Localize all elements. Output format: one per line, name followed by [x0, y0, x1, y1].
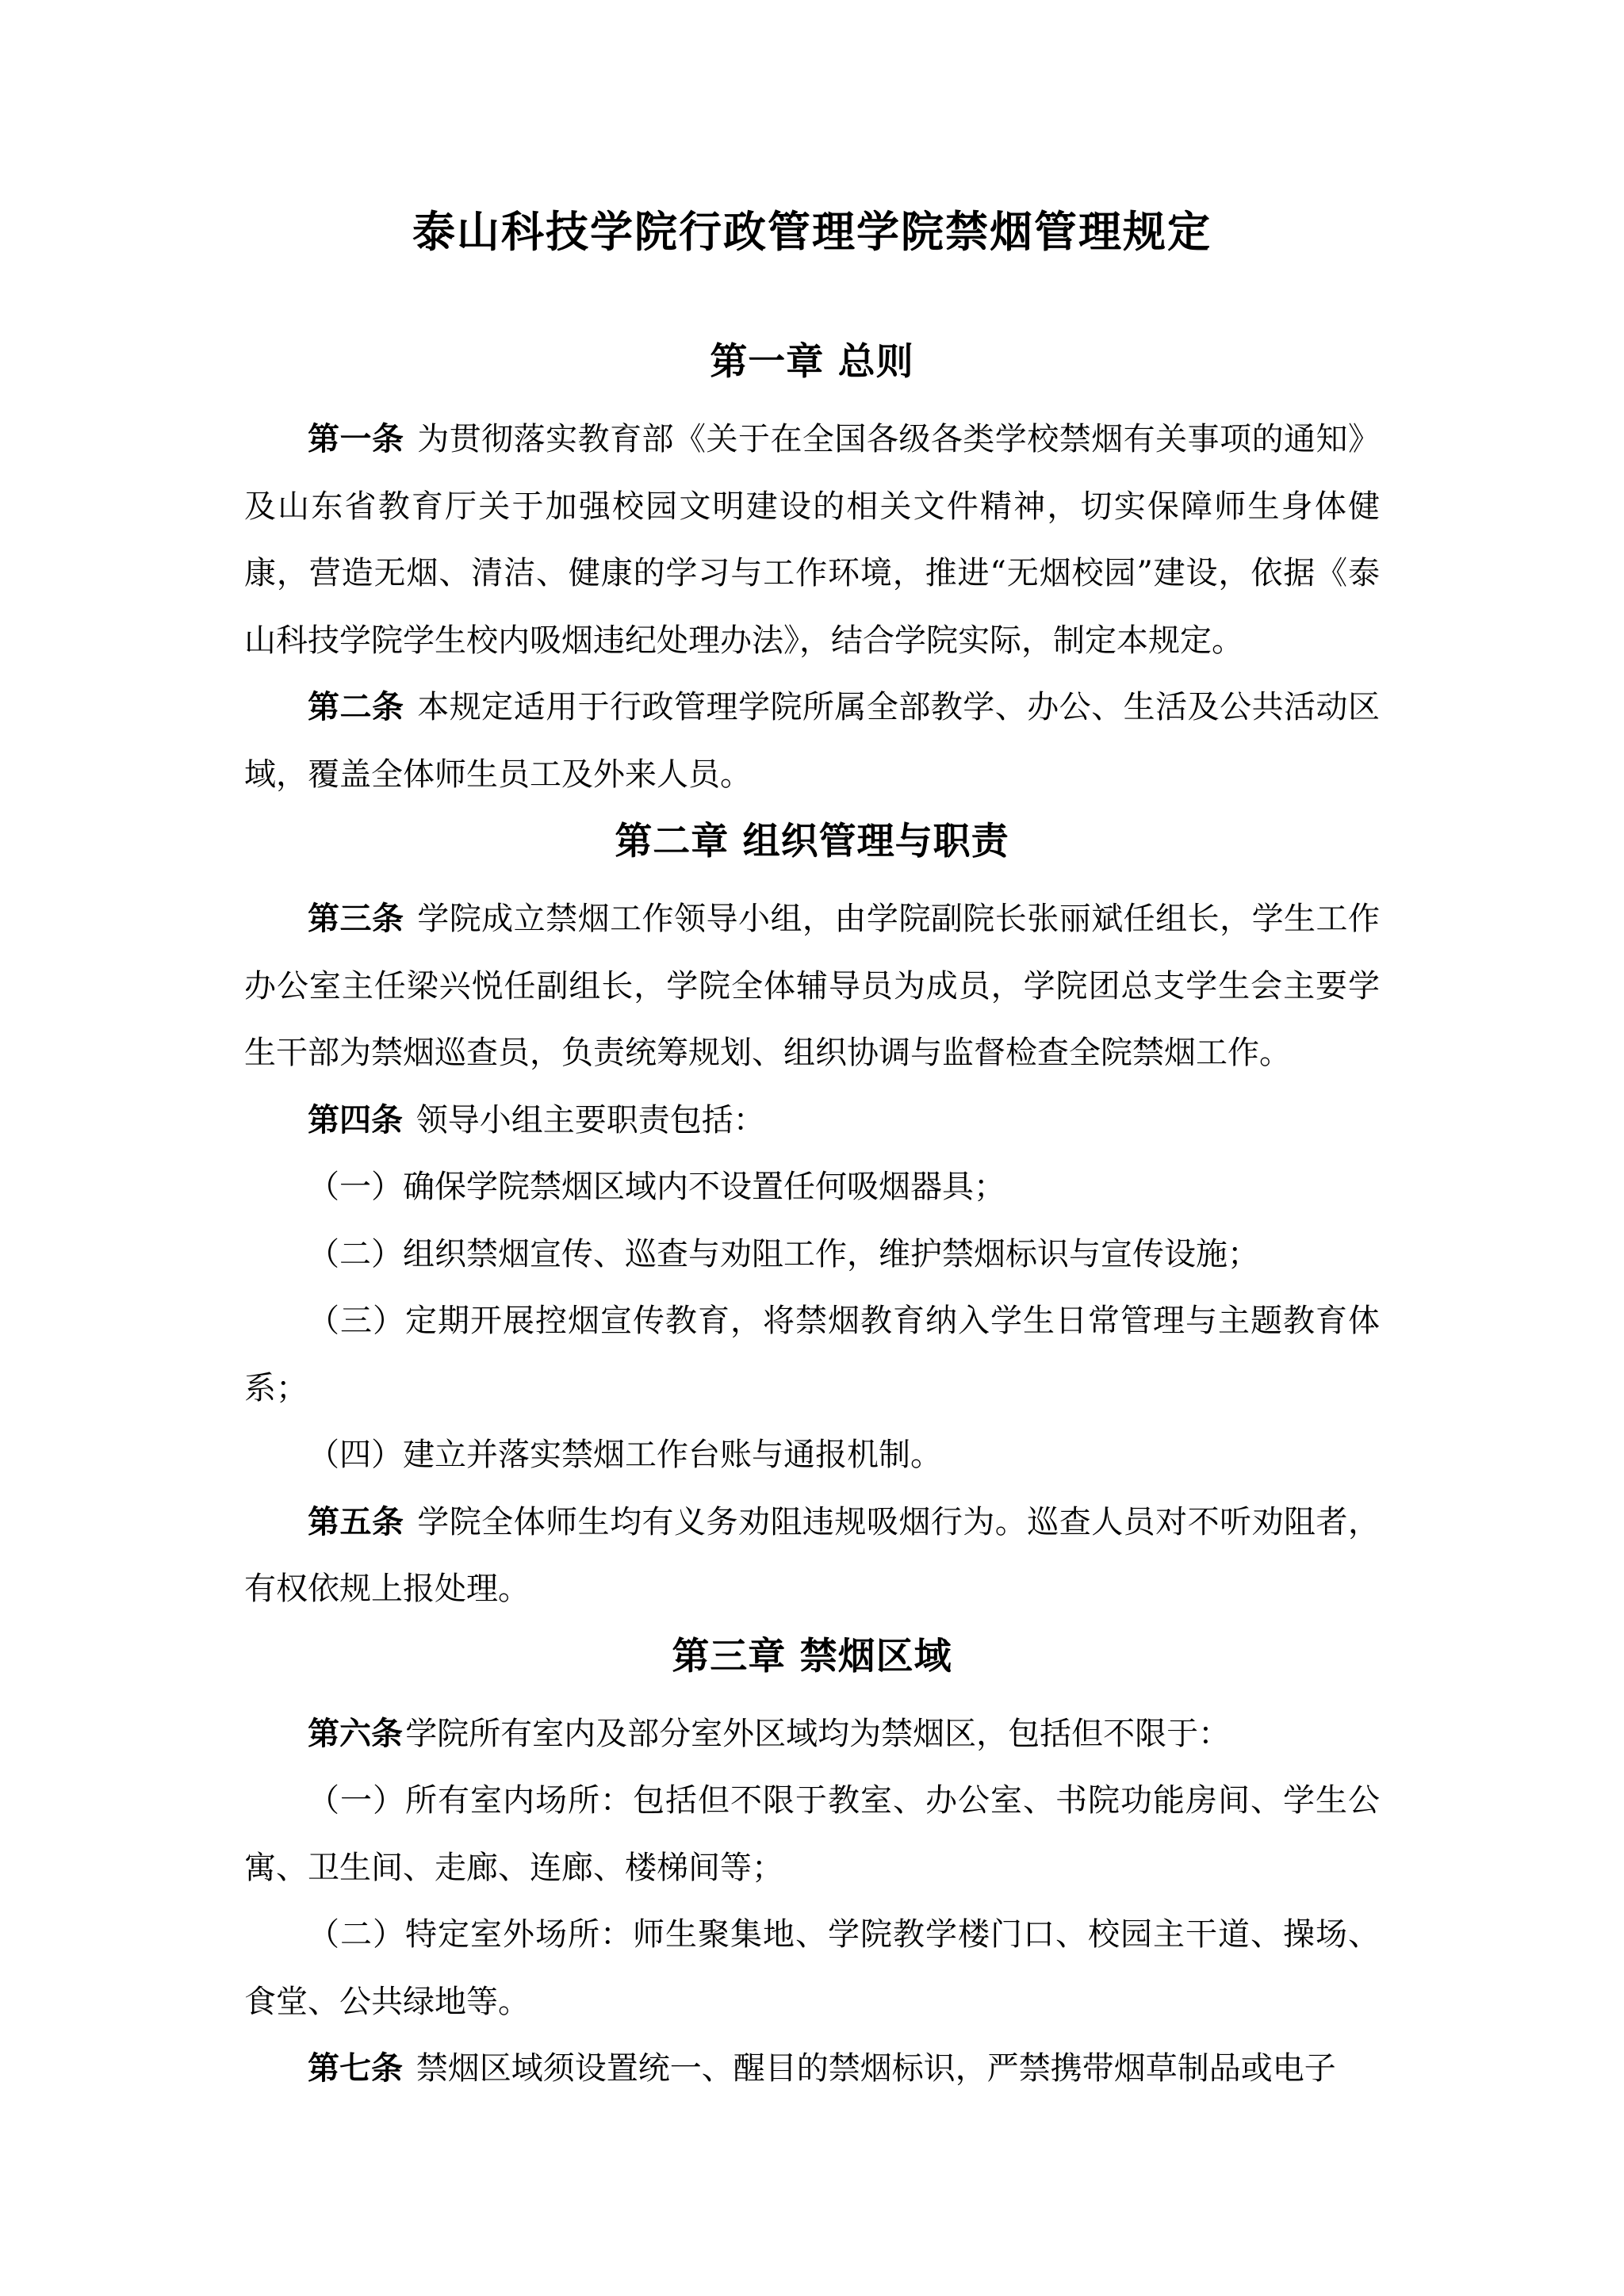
article-4-label: 第四条: [308, 1102, 403, 1138]
article-4-item-3-text: （三）定期开展控烟宣传教育，将禁烟教育纳入学生日常管理与主题教育体系；: [244, 1303, 1380, 1406]
article-6-item-1: （一）所有室内场所：包括但不限于教室、办公室、书院功能房间、学生公寓、卫生间、走…: [244, 1767, 1380, 1901]
article-4-text: 领导小组主要职责包括：: [416, 1102, 765, 1138]
article-4-item-4: （四）建立并落实禁烟工作台账与通报机制。: [244, 1422, 1380, 1489]
article-1-label: 第一条: [308, 421, 404, 457]
article-4-item-2-text: （二）组织禁烟宣传、巡查与劝阻工作，维护禁烟标识与宣传设施；: [308, 1236, 1259, 1272]
article-2-text: 本规定适用于行政管理学院所属全部教学、办公、生活及公共活动区域，覆盖全体师生员工…: [244, 689, 1380, 793]
article-4-item-1: （一）确保学院禁烟区域内不设置任何吸烟器具；: [244, 1154, 1380, 1221]
article-3-paragraph: 第三条学院成立禁烟工作领导小组，由学院副院长张丽斌任组长，学生工作办公室主任梁兴…: [244, 886, 1380, 1087]
article-5-label: 第五条: [308, 1504, 404, 1540]
article-1-paragraph: 第一条为贯彻落实教育部《关于在全国各级各类学校禁烟有关事项的通知》及山东省教育厅…: [244, 406, 1380, 674]
article-6-label: 第六条: [308, 1716, 403, 1752]
document-title: 泰山科技学院行政管理学院禁烟管理规定: [244, 198, 1380, 266]
article-4-paragraph: 第四条领导小组主要职责包括：: [244, 1087, 1380, 1154]
chapter-2-heading: 第二章 组织管理与职责: [244, 808, 1380, 876]
article-1-text: 为贯彻落实教育部《关于在全国各级各类学校禁烟有关事项的通知》及山东省教育厅关于加…: [244, 421, 1380, 659]
article-5-text: 学院全体师生均有义务劝阻违规吸烟行为。巡查人员对不听劝阻者，有权依规上报处理。: [244, 1504, 1380, 1608]
article-4-item-4-text: （四）建立并落实禁烟工作台账与通报机制。: [308, 1437, 942, 1473]
article-3-label: 第三条: [308, 901, 404, 937]
article-6-item-2-text: （二）特定室外场所：师生聚集地、学院教学楼门口、校园主干道、操场、食堂、公共绿地…: [244, 1916, 1380, 2020]
article-7-label: 第七条: [308, 2050, 403, 2087]
article-7-text: 禁烟区域须设置统一、醒目的禁烟标识，严禁携带烟草制品或电子: [416, 2050, 1336, 2087]
article-3-text: 学院成立禁烟工作领导小组，由学院副院长张丽斌任组长，学生工作办公室主任梁兴悦任副…: [244, 901, 1380, 1071]
chapter-3-heading: 第三章 禁烟区域: [244, 1623, 1380, 1691]
article-2-paragraph: 第二条本规定适用于行政管理学院所属全部教学、办公、生活及公共活动区域，覆盖全体师…: [244, 674, 1380, 808]
article-6-text: 学院所有室内及部分室外区域均为禁烟区，包括但不限于：: [405, 1716, 1230, 1752]
article-7-paragraph: 第七条禁烟区域须设置统一、醒目的禁烟标识，严禁携带烟草制品或电子: [244, 2035, 1380, 2103]
article-6-item-1-text: （一）所有室内场所：包括但不限于教室、办公室、书院功能房间、学生公寓、卫生间、走…: [244, 1782, 1380, 1886]
document-page: 泰山科技学院行政管理学院禁烟管理规定 第一章 总则 第一条为贯彻落实教育部《关于…: [0, 0, 1624, 2296]
article-4-item-3: （三）定期开展控烟宣传教育，将禁烟教育纳入学生日常管理与主题教育体系；: [244, 1288, 1380, 1422]
article-4-item-2: （二）组织禁烟宣传、巡查与劝阻工作，维护禁烟标识与宣传设施；: [244, 1221, 1380, 1288]
article-2-label: 第二条: [308, 689, 404, 725]
article-6-item-2: （二）特定室外场所：师生聚集地、学院教学楼门口、校园主干道、操场、食堂、公共绿地…: [244, 1901, 1380, 2035]
article-4-item-1-text: （一）确保学院禁烟区域内不设置任何吸烟器具；: [308, 1169, 1005, 1205]
article-5-paragraph: 第五条学院全体师生均有义务劝阻违规吸烟行为。巡查人员对不听劝阻者，有权依规上报处…: [244, 1489, 1380, 1623]
article-6-paragraph: 第六条学院所有室内及部分室外区域均为禁烟区，包括但不限于：: [244, 1701, 1380, 1768]
chapter-1-heading: 第一章 总则: [244, 328, 1380, 396]
